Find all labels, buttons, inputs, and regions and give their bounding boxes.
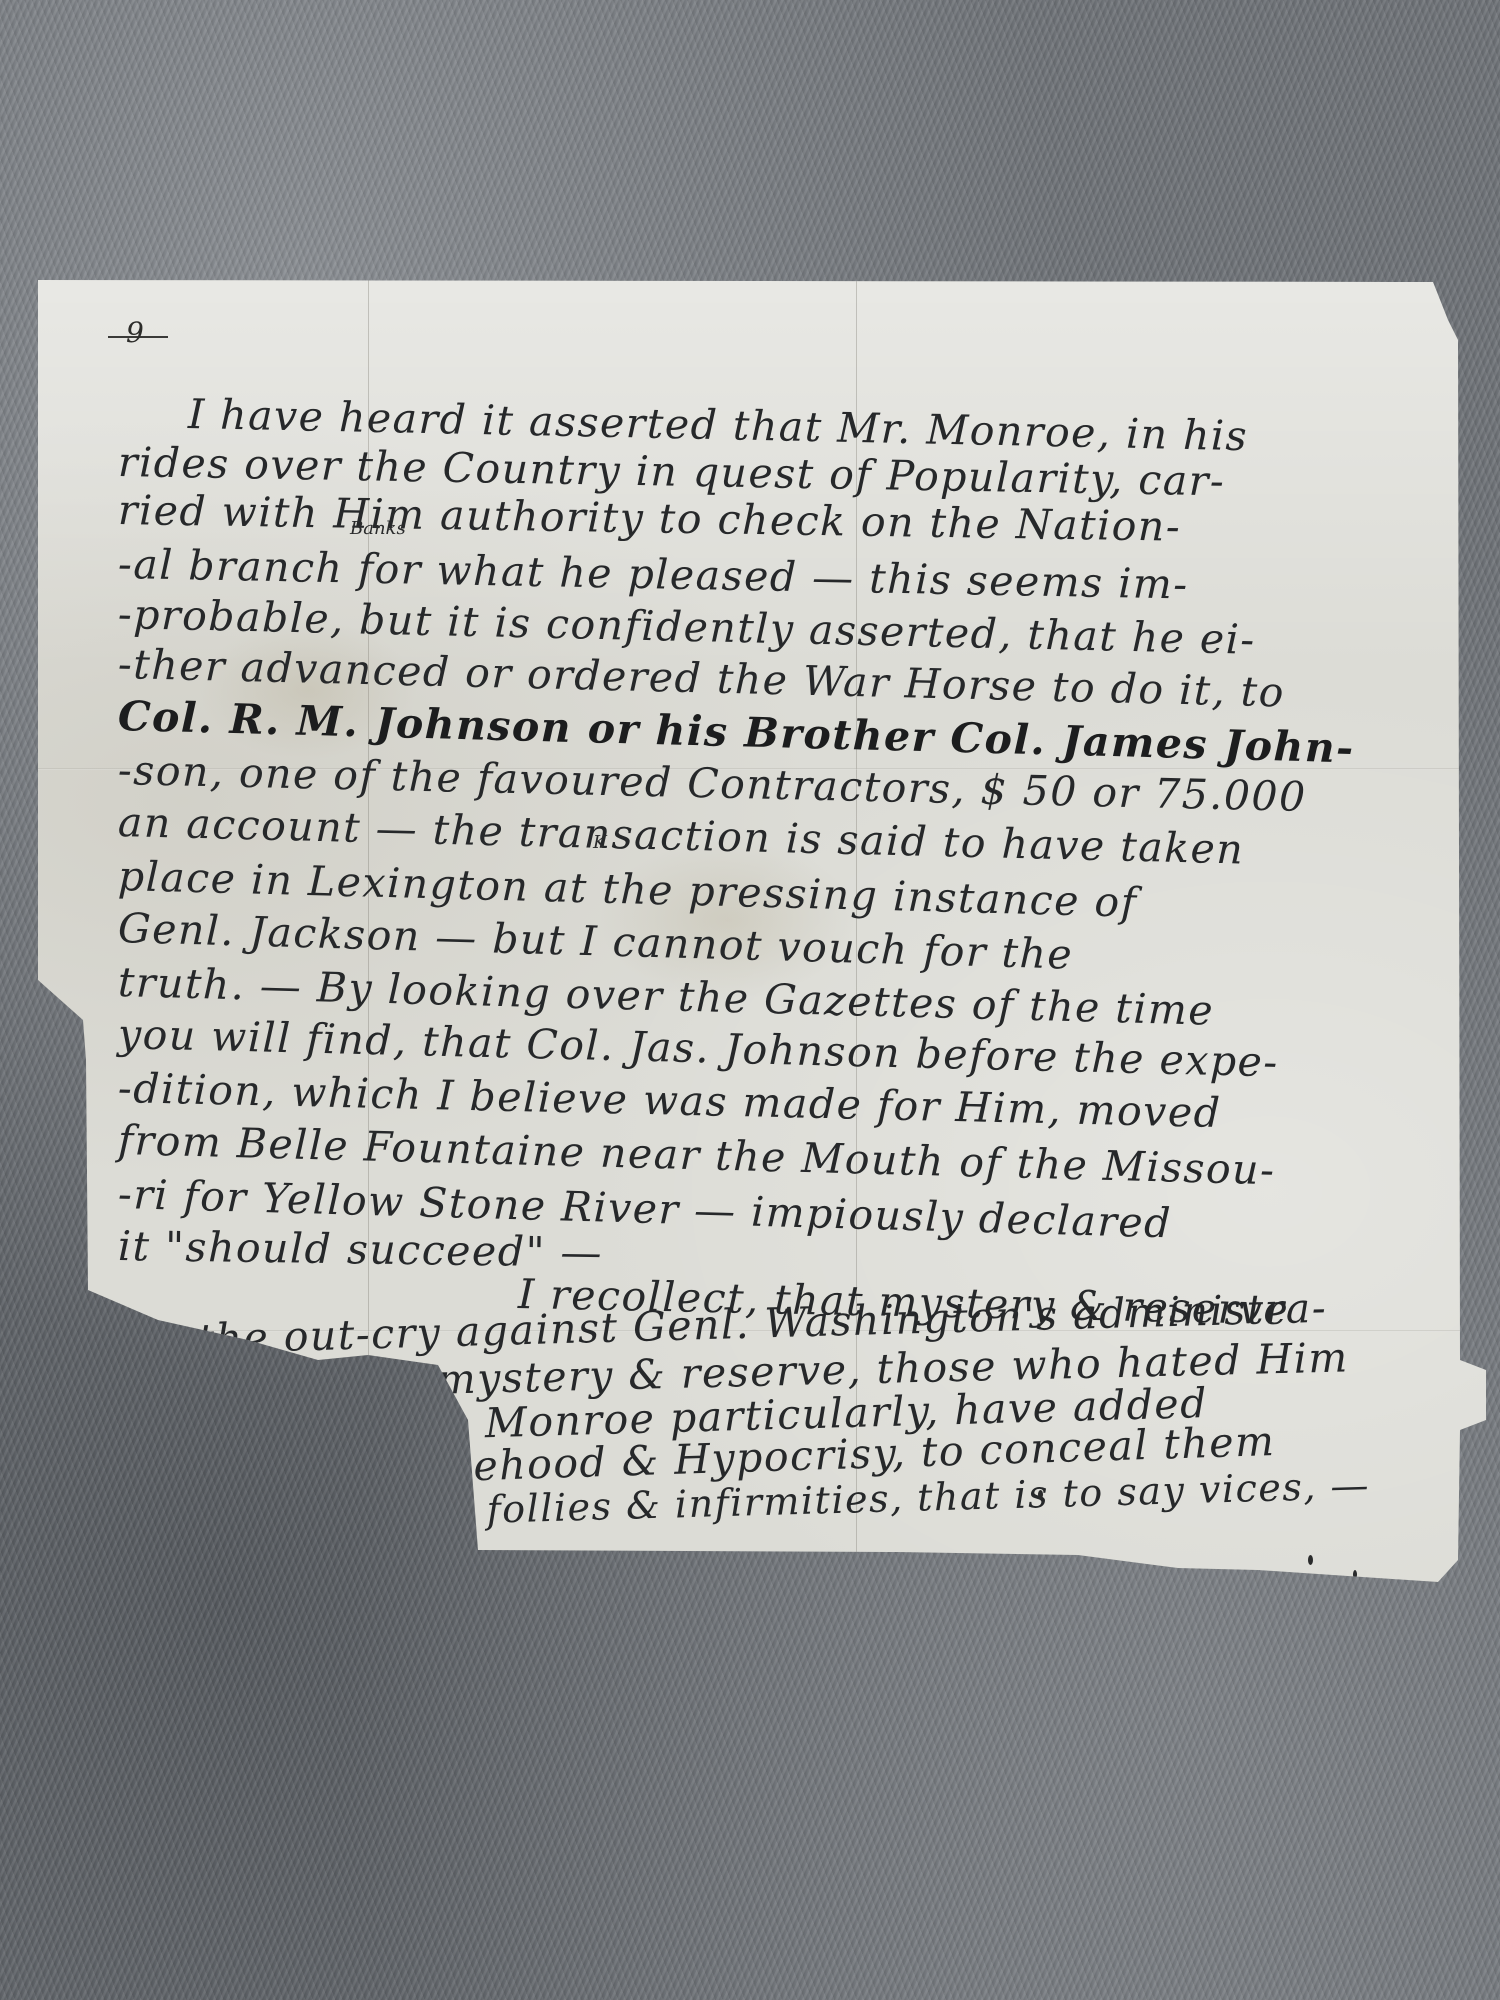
letter-line: it "should succeed" — (118, 1222, 604, 1277)
ink-spot (1038, 1490, 1043, 1499)
interlinear-insertion: Banks (350, 518, 406, 539)
ink-spot (1308, 1555, 1313, 1565)
interlinear-insertion: K (593, 832, 606, 853)
page-number-mark: 9 (108, 322, 178, 352)
page-mark-glyph: 9 (126, 316, 144, 349)
